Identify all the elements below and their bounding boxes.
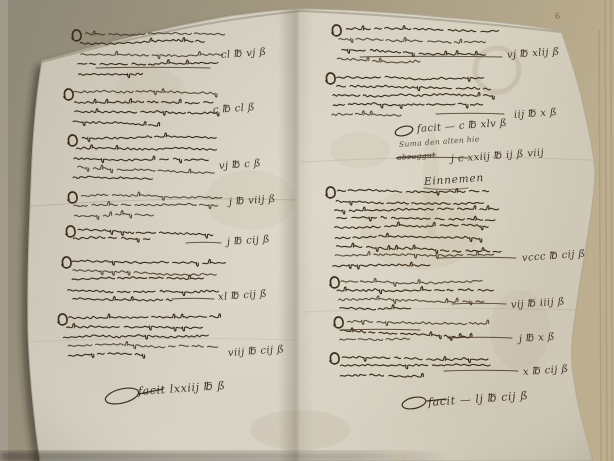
page-number: 6 bbox=[555, 12, 561, 21]
manuscript-photo: 6 cl ℔ vj ß c ℔ cl ß vj ℔ c ß j ℔ viij ß… bbox=[0, 0, 614, 461]
center-fold-shadow bbox=[278, 0, 314, 461]
bottom-shadow bbox=[0, 452, 450, 461]
